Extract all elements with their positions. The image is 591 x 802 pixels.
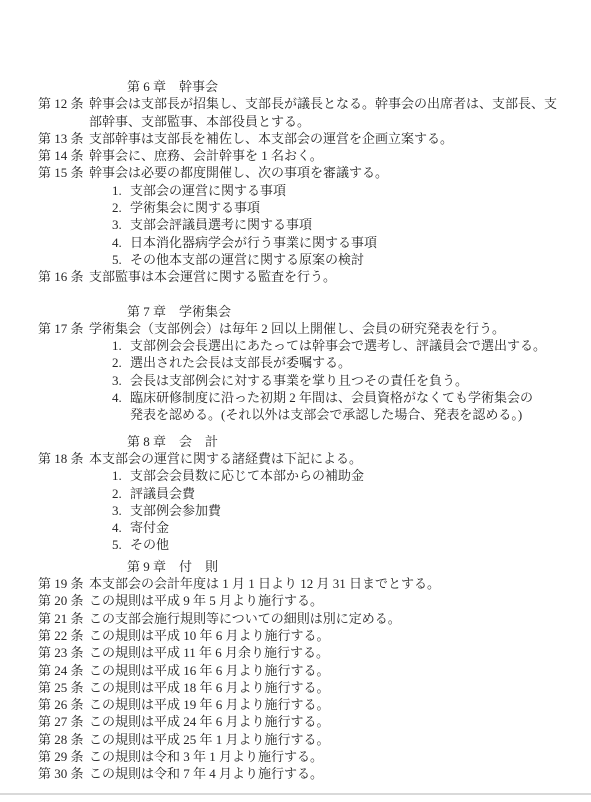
list-item-text-line: 支部会の運営に関する事項: [130, 182, 591, 199]
article-text-line: 幹事会は必要の都度開催し、次の事項を審議する。: [89, 164, 591, 181]
article-text: 支部幹事は支部長を補佐し、本支部会の運営を企画立案する。: [89, 130, 591, 147]
article-row: 第 13 条支部幹事は支部長を補佐し、本支部会の運営を企画立案する。: [0, 130, 591, 147]
list-item-text: 選出された会長は支部長が委嘱する。: [130, 354, 591, 371]
article-text-line: この規則は平成 18 年 6 月より施行する。: [89, 679, 591, 696]
list-item: 3.支部例会参加費: [0, 502, 591, 519]
list-item-text: 支部会評議員選考に関する事項: [130, 216, 591, 233]
article-number: 第 12 条: [38, 95, 89, 112]
article-row: 第 28 条この規則は平成 25 年 1 月より施行する。: [0, 731, 591, 748]
article-number: 第 28 条: [38, 731, 89, 748]
list-item-text: 支部例会参加費: [130, 502, 591, 519]
list-item-number: 5.: [112, 536, 130, 553]
article-text: この規則は平成 24 年 6 月より施行する。: [89, 713, 591, 730]
list-item-text-line: 支部例会会長選出にあたっては幹事会で選考し、評議員会で選出する。: [130, 337, 591, 354]
list-item-text-line: 寄付金: [130, 519, 591, 536]
list-item-number: 3.: [112, 502, 130, 519]
list-item-text: 学術集会に関する事項: [130, 199, 591, 216]
list-item: 5.その他本支部の運営に関する原案の検討: [0, 251, 591, 268]
article-text: 幹事会は支部長が招集し、支部長が議長となる。幹事会の出席者は、支部長、支部幹事、…: [89, 95, 591, 130]
article-row: 第 25 条この規則は平成 18 年 6 月より施行する。: [0, 679, 591, 696]
list-item-number: 2.: [112, 354, 130, 371]
article-number: 第 25 条: [38, 679, 89, 696]
article-number: 第 30 条: [38, 765, 89, 782]
article-row: 第 14 条幹事会に、庶務、会計幹事を 1 名おく。: [0, 147, 591, 164]
article-number: 第 24 条: [38, 662, 89, 679]
article-text: 幹事会に、庶務、会計幹事を 1 名おく。: [89, 147, 591, 164]
article-text-line: 本支部会の会計年度は 1 月 1 日より 12 月 31 日までとする。: [89, 575, 591, 592]
list-item-text-line: 支部会会員数に応じて本部からの補助金: [130, 467, 591, 484]
article-text: この規則は平成 16 年 6 月より施行する。: [89, 662, 591, 679]
list-item-text-line: 日本消化器病学会が行う事業に関する事項: [130, 234, 591, 251]
list-item-number: 5.: [112, 251, 130, 268]
article-row: 第 21 条この支部会施行規則等についての細則は別に定める。: [0, 610, 591, 627]
list-item: 2.評議員会費: [0, 485, 591, 502]
article-number: 第 14 条: [38, 147, 89, 164]
list-item: 3.支部会評議員選考に関する事項: [0, 216, 591, 233]
article-number: 第 26 条: [38, 696, 89, 713]
list-item: 4.寄付金: [0, 519, 591, 536]
article-text-line: この規則は平成 10 年 6 月より施行する。: [89, 627, 591, 644]
chapter-section: 第 7 章 学術集会第 17 条学術集会（支部例会）は毎年 2 回以上開催し、会…: [0, 303, 591, 424]
article-row: 第 19 条本支部会の会計年度は 1 月 1 日より 12 月 31 日までとす…: [0, 575, 591, 592]
article-text: 本支部会の会計年度は 1 月 1 日より 12 月 31 日までとする。: [89, 575, 591, 592]
list-item-text: 会長は支部例会に対する事業を掌り且つその責任を負う。: [130, 372, 591, 389]
list-item-number: 4.: [112, 389, 130, 406]
list-item: 1.支部会会員数に応じて本部からの補助金: [0, 467, 591, 484]
list-item: 1.支部会の運営に関する事項: [0, 182, 591, 199]
article-number: 第 29 条: [38, 748, 89, 765]
list-item-number: 1.: [112, 182, 130, 199]
article-text-line: この規則は令和 7 年 4 月より施行する。: [89, 765, 591, 782]
list-item-text-line: 選出された会長は支部長が委嘱する。: [130, 354, 591, 371]
article-text-line: 支部監事は本会運営に関する監査を行う。: [89, 268, 591, 285]
article-number: 第 23 条: [38, 644, 89, 661]
document-page: 第 6 章 幹事会第 12 条幹事会は支部長が招集し、支部長が議長となる。幹事会…: [0, 0, 591, 802]
article-row: 第 24 条この規則は平成 16 年 6 月より施行する。: [0, 662, 591, 679]
article-text-line: この規則は平成 25 年 1 月より施行する。: [89, 731, 591, 748]
article-number: 第 20 条: [38, 592, 89, 609]
list-item-text-line: 発表を認める。(それ以外は支部会で承認した場合、発表を認める。): [130, 406, 591, 423]
article-text-line: この規則は平成 11 年 6 月余り施行する。: [89, 644, 591, 661]
article-number: 第 19 条: [38, 575, 89, 592]
list-item: 2.選出された会長は支部長が委嘱する。: [0, 354, 591, 371]
list-item-text-line: 会長は支部例会に対する事業を掌り且つその責任を負う。: [130, 372, 591, 389]
list-item-text-line: 支部会評議員選考に関する事項: [130, 216, 591, 233]
article-text: この規則は令和 3 年 1 月より施行する。: [89, 748, 591, 765]
article-number: 第 17 条: [38, 320, 89, 337]
article-row: 第 26 条この規則は平成 19 年 6 月より施行する。: [0, 696, 591, 713]
list-item-text-line: その他: [130, 536, 591, 553]
article-text: この規則は平成 10 年 6 月より施行する。: [89, 627, 591, 644]
article-row: 第 30 条この規則は令和 7 年 4 月より施行する。: [0, 765, 591, 782]
article-number: 第 13 条: [38, 130, 89, 147]
article-number: 第 27 条: [38, 713, 89, 730]
article-text: 本支部会の運営に関する諸経費は下記による。: [89, 450, 591, 467]
list-item-number: 3.: [112, 372, 130, 389]
article-text: この規則は平成 18 年 6 月より施行する。: [89, 679, 591, 696]
article-number: 第 18 条: [38, 450, 89, 467]
article-number: 第 15 条: [38, 164, 89, 181]
article-text: この規則は平成 25 年 1 月より施行する。: [89, 731, 591, 748]
list-item-text: 支部例会会長選出にあたっては幹事会で選考し、評議員会で選出する。: [130, 337, 591, 354]
page-bottom-edge: [0, 793, 591, 795]
list-item-number: 2.: [112, 485, 130, 502]
list-item: 5.その他: [0, 536, 591, 553]
article-number: 第 22 条: [38, 627, 89, 644]
chapter-section: 第 6 章 幹事会第 12 条幹事会は支部長が招集し、支部長が議長となる。幹事会…: [0, 78, 591, 286]
article-text-line: 本支部会の運営に関する諸経費は下記による。: [89, 450, 591, 467]
article-text-line: 支部幹事は支部長を補佐し、本支部会の運営を企画立案する。: [89, 130, 591, 147]
list-item-text: その他本支部の運営に関する原案の検討: [130, 251, 591, 268]
list-item: 1.支部例会会長選出にあたっては幹事会で選考し、評議員会で選出する。: [0, 337, 591, 354]
article-text: 支部監事は本会運営に関する監査を行う。: [89, 268, 591, 285]
article-row: 第 17 条学術集会（支部例会）は毎年 2 回以上開催し、会員の研究発表を行う。: [0, 320, 591, 337]
article-row: 第 18 条本支部会の運営に関する諸経費は下記による。: [0, 450, 591, 467]
list-item-text-line: 学術集会に関する事項: [130, 199, 591, 216]
list-item: 2.学術集会に関する事項: [0, 199, 591, 216]
article-text-line: この規則は平成 9 年 5 月より施行する。: [89, 592, 591, 609]
article-row: 第 12 条幹事会は支部長が招集し、支部長が議長となる。幹事会の出席者は、支部長…: [0, 95, 591, 130]
list-item-text: 臨床研修制度に沿った初期 2 年間は、会員資格がなくても学術集会の発表を認める。…: [130, 389, 591, 424]
article-row: 第 16 条支部監事は本会運営に関する監査を行う。: [0, 268, 591, 285]
chapter-section: 第 9 章 付 則第 19 条本支部会の会計年度は 1 月 1 日より 12 月…: [0, 558, 591, 783]
chapter-section: 第 8 章 会 計第 18 条本支部会の運営に関する諸経費は下記による。1.支部…: [0, 433, 591, 554]
article-text: この支部会施行規則等についての細則は別に定める。: [89, 610, 591, 627]
chapter-heading: 第 7 章 学術集会: [0, 303, 591, 320]
list-item-number: 4.: [112, 234, 130, 251]
article-text-line: 学術集会（支部例会）は毎年 2 回以上開催し、会員の研究発表を行う。: [89, 320, 591, 337]
article-row: 第 20 条この規則は平成 9 年 5 月より施行する。: [0, 592, 591, 609]
article-number: 第 16 条: [38, 268, 89, 285]
article-text: この規則は令和 7 年 4 月より施行する。: [89, 765, 591, 782]
list-item-number: 1.: [112, 467, 130, 484]
list-item-text-line: その他本支部の運営に関する原案の検討: [130, 251, 591, 268]
article-text-line: この規則は令和 3 年 1 月より施行する。: [89, 748, 591, 765]
list-item-text-line: 臨床研修制度に沿った初期 2 年間は、会員資格がなくても学術集会の: [130, 389, 591, 406]
article-text-line: 幹事会に、庶務、会計幹事を 1 名おく。: [89, 147, 591, 164]
list-item: 4.臨床研修制度に沿った初期 2 年間は、会員資格がなくても学術集会の発表を認め…: [0, 389, 591, 424]
list-item: 4.日本消化器病学会が行う事業に関する事項: [0, 234, 591, 251]
list-item-text: 支部会の運営に関する事項: [130, 182, 591, 199]
list-item-number: 1.: [112, 337, 130, 354]
chapter-heading: 第 6 章 幹事会: [0, 78, 591, 95]
list-item-text: 寄付金: [130, 519, 591, 536]
article-text-line: この規則は平成 24 年 6 月より施行する。: [89, 713, 591, 730]
list-item-text: その他: [130, 536, 591, 553]
article-text: この規則は平成 19 年 6 月より施行する。: [89, 696, 591, 713]
list-item-text: 支部会会員数に応じて本部からの補助金: [130, 467, 591, 484]
article-text: この規則は平成 11 年 6 月余り施行する。: [89, 644, 591, 661]
article-text: 学術集会（支部例会）は毎年 2 回以上開催し、会員の研究発表を行う。: [89, 320, 591, 337]
article-row: 第 27 条この規則は平成 24 年 6 月より施行する。: [0, 713, 591, 730]
list-item-text: 評議員会費: [130, 485, 591, 502]
article-row: 第 15 条幹事会は必要の都度開催し、次の事項を審議する。: [0, 164, 591, 181]
article-text-line: 部幹事、支部監事、本部役員とする。: [89, 113, 591, 130]
article-row: 第 22 条この規則は平成 10 年 6 月より施行する。: [0, 627, 591, 644]
list-item-number: 4.: [112, 519, 130, 536]
article-text: 幹事会は必要の都度開催し、次の事項を審議する。: [89, 164, 591, 181]
article-row: 第 29 条この規則は令和 3 年 1 月より施行する。: [0, 748, 591, 765]
article-number: 第 21 条: [38, 610, 89, 627]
list-item-number: 3.: [112, 216, 130, 233]
list-item-text: 日本消化器病学会が行う事業に関する事項: [130, 234, 591, 251]
list-item-text-line: 支部例会参加費: [130, 502, 591, 519]
article-row: 第 23 条この規則は平成 11 年 6 月余り施行する。: [0, 644, 591, 661]
list-item-number: 2.: [112, 199, 130, 216]
list-item-text-line: 評議員会費: [130, 485, 591, 502]
article-text-line: この規則は平成 19 年 6 月より施行する。: [89, 696, 591, 713]
article-text: この規則は平成 9 年 5 月より施行する。: [89, 592, 591, 609]
article-text-line: この規則は平成 16 年 6 月より施行する。: [89, 662, 591, 679]
chapter-heading: 第 8 章 会 計: [0, 433, 591, 450]
chapter-heading: 第 9 章 付 則: [0, 558, 591, 575]
article-text-line: 幹事会は支部長が招集し、支部長が議長となる。幹事会の出席者は、支部長、支: [89, 95, 591, 112]
list-item: 3.会長は支部例会に対する事業を掌り且つその責任を負う。: [0, 372, 591, 389]
document-content: 第 6 章 幹事会第 12 条幹事会は支部長が招集し、支部長が議長となる。幹事会…: [0, 78, 591, 783]
article-text-line: この支部会施行規則等についての細則は別に定める。: [89, 610, 591, 627]
